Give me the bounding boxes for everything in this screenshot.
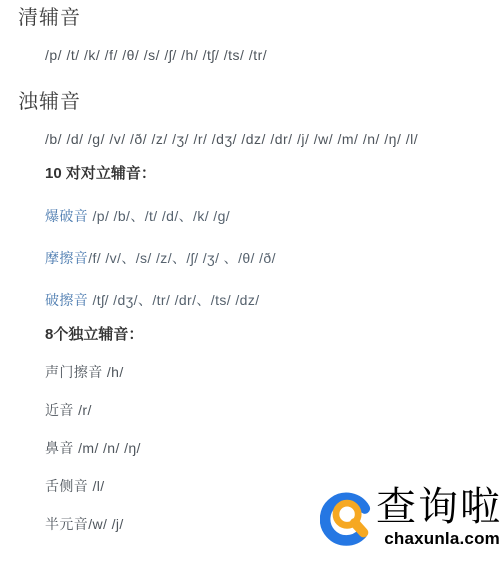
independent-consonants-heading: 8个独立辅音：: [45, 325, 504, 345]
fricatives-link[interactable]: 摩擦音: [45, 250, 88, 266]
affricates-symbols: /tʃ/ /dʒ/、/tr/ /dr/、/ts/ /dz/: [88, 292, 259, 308]
magnifier-q-icon: [320, 487, 378, 553]
watermark-text: 查询啦 chaxunla.com: [376, 485, 502, 548]
pair-line-fricatives: 摩擦音/f/ /v/、/s/ /z/、/ʃ/ /ʒ/ 、/θ/ /ð/: [45, 248, 504, 268]
voiced-ipa-list: /b/ /d/ /g/ /v/ /ð/ /z/ /ʒ/ /r/ /dʒ/ /dz…: [45, 129, 504, 149]
article-page: 清辅音 /p/ /t/ /k/ /f/ /θ/ /s/ /ʃ/ /h/ /tʃ/…: [0, 0, 504, 567]
glottal-fricative-line: 声门擦音 /h/: [45, 362, 504, 382]
pair-line-affricates: 破擦音 /tʃ/ /dʒ/、/tr/ /dr/、/ts/ /dz/: [45, 290, 504, 310]
site-watermark: 查询啦 chaxunla.com: [320, 485, 502, 553]
opposite-pairs-heading: 10 对对立辅音：: [45, 164, 504, 184]
plosives-link[interactable]: 爆破音: [45, 208, 88, 224]
voiceless-ipa-list: /p/ /t/ /k/ /f/ /θ/ /s/ /ʃ/ /h/ /tʃ/ /ts…: [45, 45, 504, 65]
nasals-line: 鼻音 /m/ /n/ /ŋ/: [45, 438, 504, 458]
affricates-link[interactable]: 破擦音: [45, 292, 88, 308]
voiced-consonants-heading: 浊辅音: [18, 89, 504, 115]
fricatives-symbols: /f/ /v/、/s/ /z/、/ʃ/ /ʒ/ 、/θ/ /ð/: [88, 250, 276, 266]
brand-name: 查询啦: [376, 485, 502, 529]
voiceless-consonants-heading: 清辅音: [18, 5, 504, 31]
brand-domain: chaxunla.com: [384, 530, 500, 548]
pair-line-plosives: 爆破音 /p/ /b/、/t/ /d/、/k/ /g/: [45, 206, 504, 226]
approximant-line: 近音 /r/: [45, 400, 504, 420]
plosives-symbols: /p/ /b/、/t/ /d/、/k/ /g/: [88, 208, 230, 224]
